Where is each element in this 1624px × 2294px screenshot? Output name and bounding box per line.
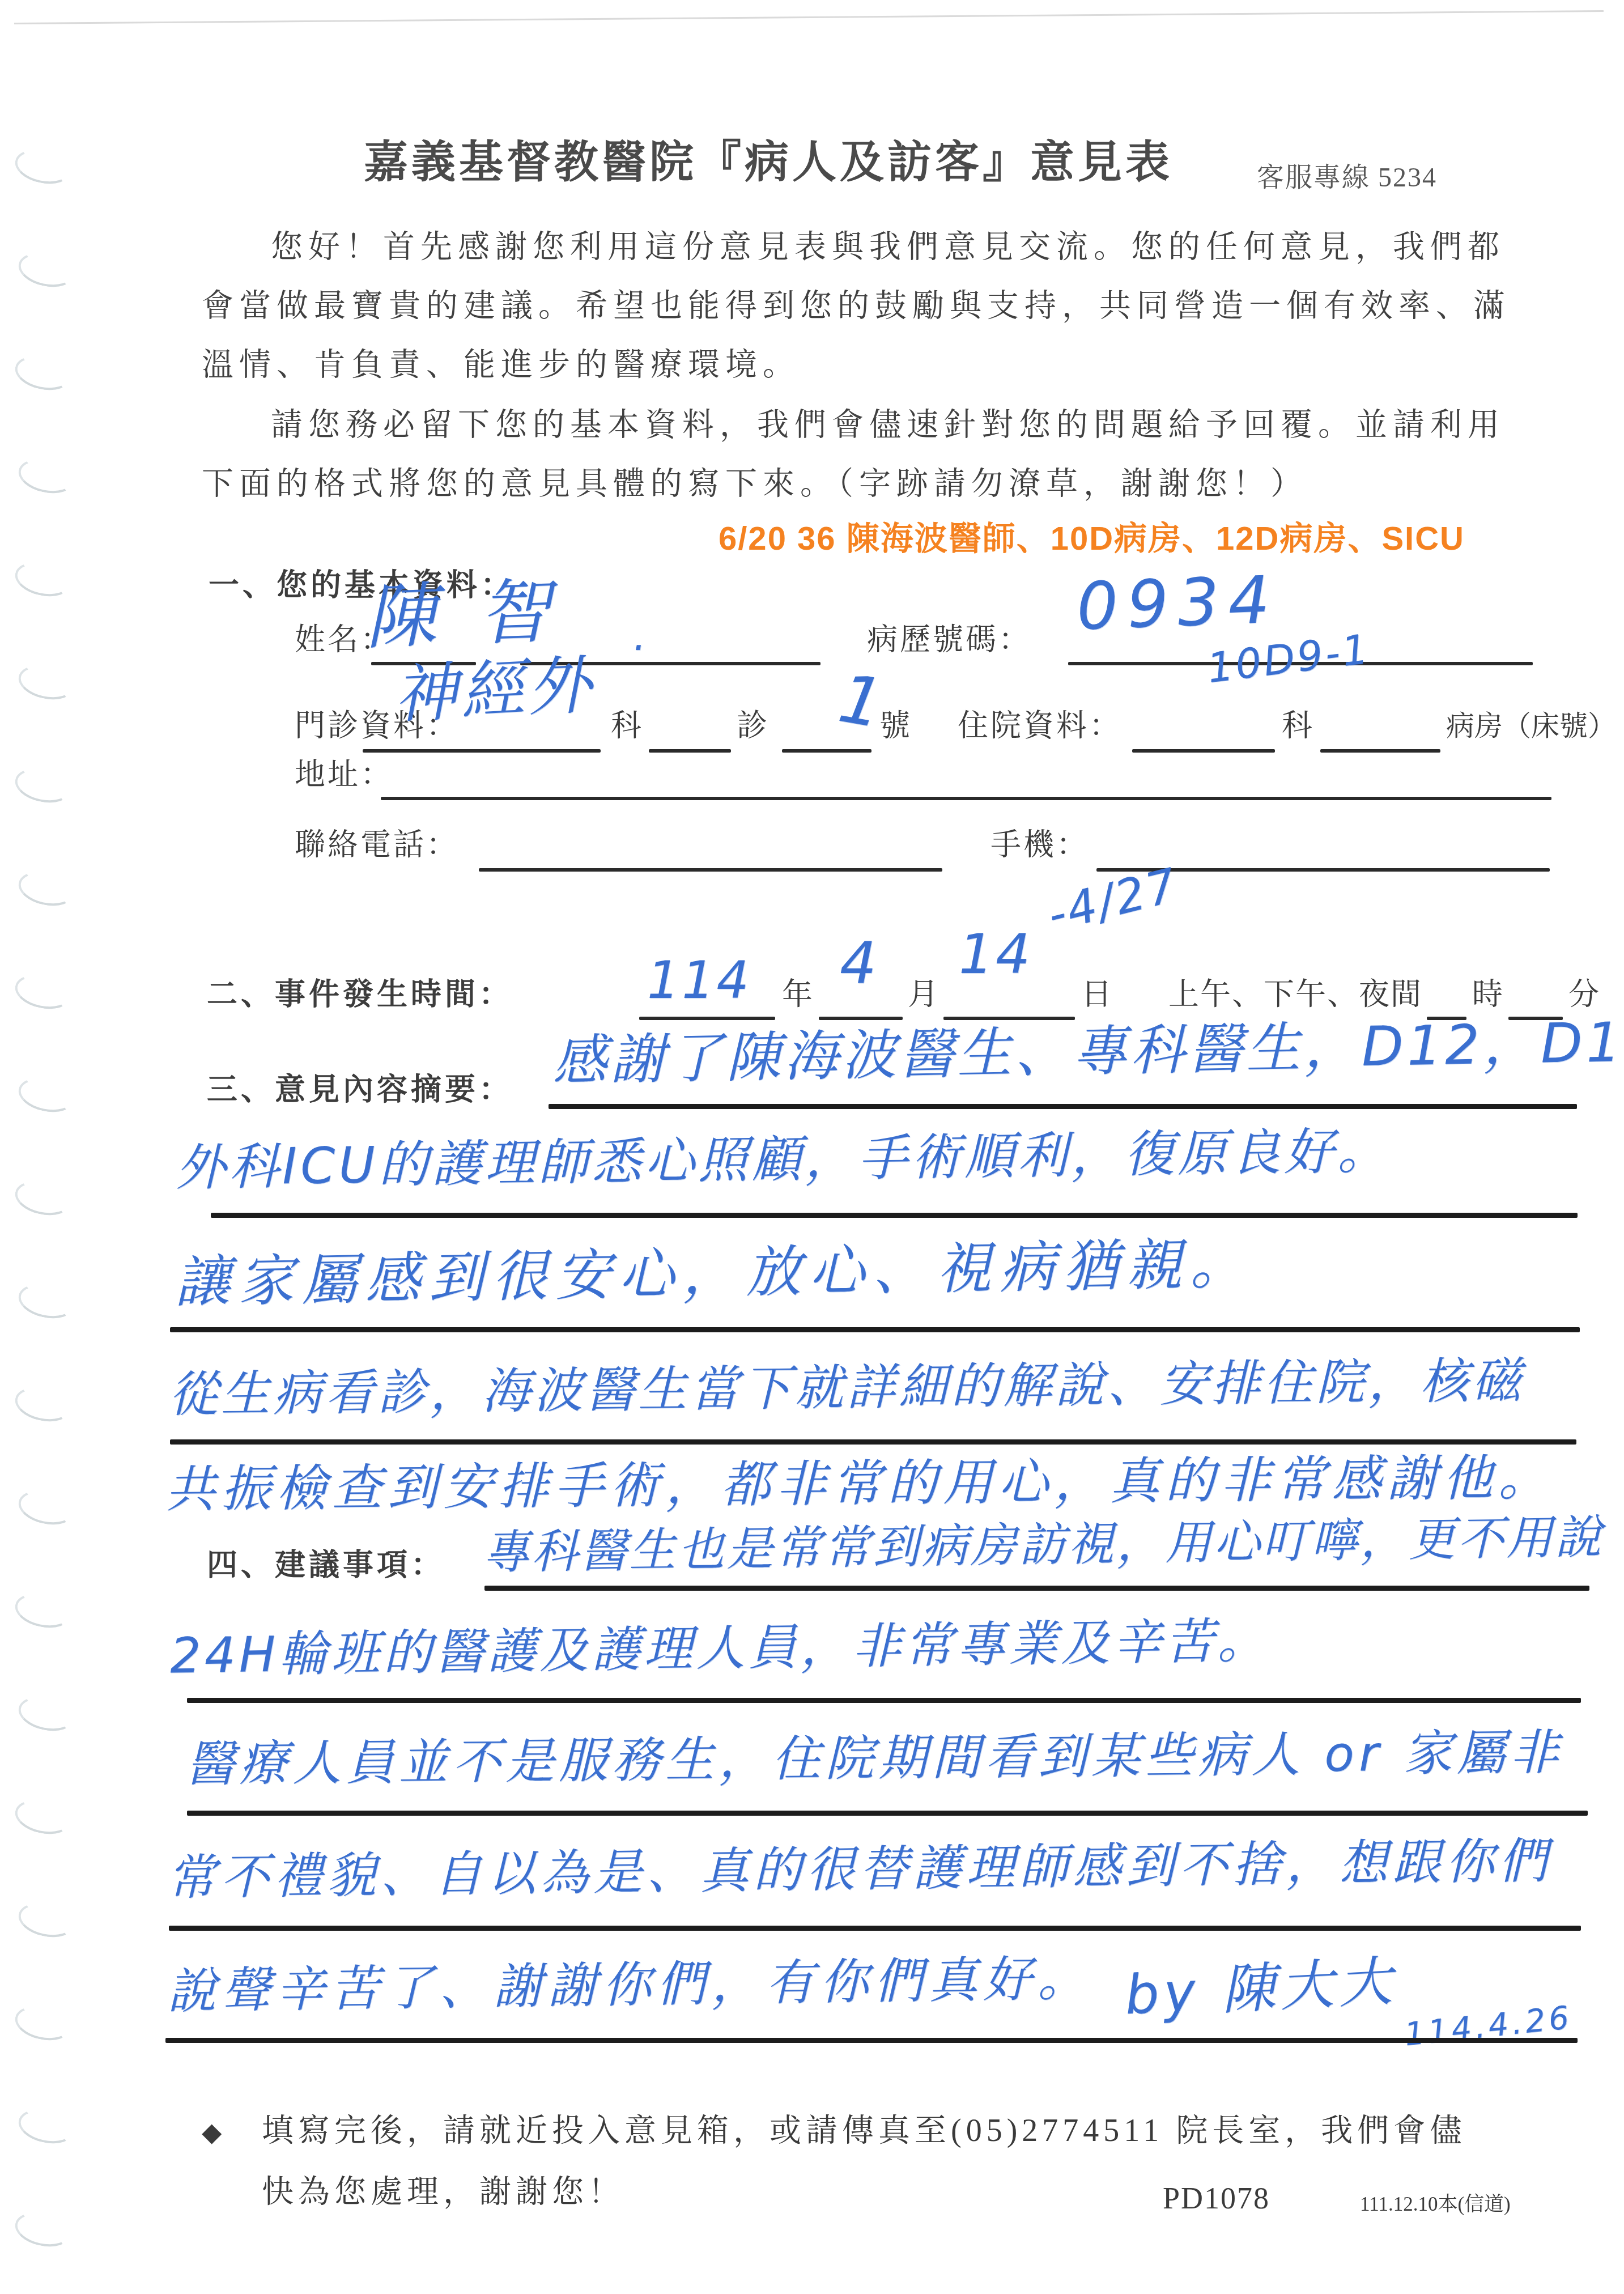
hour-unit: 時 <box>1472 979 1503 1010</box>
binder-arc <box>15 454 78 498</box>
binder-arc <box>15 1692 78 1736</box>
binder-arc <box>15 1485 78 1530</box>
binder-arc <box>12 2001 74 2045</box>
diamond-bullet-icon: ◆ <box>202 2119 222 2146</box>
dept-unit-2: 科 <box>1282 711 1312 741</box>
binder-arc <box>15 1279 78 1323</box>
mobile-label: 手機： <box>990 830 1089 860</box>
opinion-line-5: 共振檢查到安排手術，都非常的用心，真的非常感謝他。 <box>165 1452 1554 1514</box>
binder-arc <box>12 1176 74 1220</box>
day-blank <box>943 1017 1075 1020</box>
service-hotline: 客服專線 5234 <box>1257 164 1437 192</box>
ward-unit: 病房（床號） <box>1446 712 1616 740</box>
binder-arc <box>15 1073 78 1117</box>
opinion-line-3: 讓家屬感到很安心，放心、視病猶親。 <box>174 1236 1253 1310</box>
intro-line-2: 會當做最寶貴的建議。希望也能得到您的鼓勵與支持，共同營造一個有效率、滿 <box>202 290 1511 322</box>
binder-arc <box>15 2104 78 2148</box>
ward-blank <box>1320 749 1440 753</box>
binder-arc <box>12 1795 74 1839</box>
intro-line-5: 下面的格式將您的意見具體的寫下來。（字跡請勿潦草，謝謝您！） <box>202 468 1308 500</box>
footer-line-2: 快為您處理，謝謝您！ <box>262 2176 624 2208</box>
binder-arc <box>12 2207 74 2251</box>
intro-line-3: 溫情、肯負責、能進步的醫療環境。 <box>202 349 800 381</box>
binder-arc <box>12 970 74 1014</box>
binder-arc <box>15 660 78 704</box>
form-edition: 111.12.10本(信道) <box>1360 2194 1511 2214</box>
suggestion-line-3: 醫療人員並不是服務生，住院期間看到某些病人 or 家屬非 <box>186 1728 1563 1789</box>
ruled-line <box>549 1104 1577 1109</box>
opinion-line-1: 感謝了陳海波醫生、專科醫生，D12，D10、 <box>552 1013 1624 1088</box>
binder-arc <box>15 866 78 911</box>
signature-date-handwriting: 114.4.26 <box>1403 2002 1574 2051</box>
suggestion-line-4: 常不禮貌、自以為是、真的很替護理師感到不捨，想跟你們 <box>167 1837 1553 1902</box>
scanned-feedback-form: 嘉義基督教醫院『病人及訪客』意見表 客服專線 5234 您好！首先感謝您利用這份… <box>0 0 1624 2294</box>
dept-unit: 科 <box>611 711 641 741</box>
phone-label: 聯絡電話： <box>295 830 459 860</box>
clinic-unit: 診 <box>737 711 767 741</box>
ruled-line <box>187 1811 1588 1816</box>
day-extra-handwriting: -4/27 <box>1044 862 1184 939</box>
minute-unit: 分 <box>1568 979 1599 1010</box>
address-blank-line <box>381 797 1551 800</box>
ruled-line <box>165 2038 1578 2043</box>
clinic-no-blank <box>782 749 871 753</box>
section3-heading: 三、意見內容摘要： <box>207 1074 513 1105</box>
chart-number-label: 病歷號碼： <box>867 625 1031 655</box>
binder-arc <box>12 1382 74 1426</box>
ruled-line <box>484 1586 1589 1591</box>
name-ink-dot: . <box>634 617 646 656</box>
year-unit: 年 <box>782 979 813 1010</box>
ruled-line <box>169 1926 1581 1931</box>
form-code: PD1078 <box>1163 2183 1270 2214</box>
name-handwriting: 陳 智 <box>364 576 562 653</box>
signature-handwriting: by 陳大大 <box>1124 1955 1398 2023</box>
ruled-line <box>211 1213 1578 1218</box>
staff-annotation: 6/20 36 陳海波醫師、10D病房、12D病房、SICU <box>719 522 1465 555</box>
month-handwriting: 4 <box>840 935 877 993</box>
month-blank <box>819 1017 903 1020</box>
no-unit: 號 <box>879 711 910 741</box>
ruled-line <box>170 1439 1576 1445</box>
ruled-line <box>187 1698 1581 1703</box>
inpatient-label: 住院資料： <box>958 711 1122 741</box>
outpatient-dept-handwriting: 神經外 <box>392 653 596 727</box>
footer-line-1: 填寫完後，請就近投入意見箱，或請傳真至(05)2774511 院長室，我們會儘 <box>262 2115 1466 2147</box>
binder-arc <box>12 145 74 189</box>
outpatient-dept-blank <box>363 749 601 753</box>
form-title: 嘉義基督教醫院『病人及訪客』意見表 <box>364 141 1173 185</box>
intro-line-1: 您好！首先感謝您利用這份意見表與我們意見交流。您的任何意見，我們都 <box>271 231 1505 263</box>
chart-number-handwriting: 0934 <box>1075 568 1279 640</box>
binder-arc <box>12 763 74 808</box>
day-handwriting: 14 <box>959 927 1032 982</box>
phone-blank-line <box>479 868 942 872</box>
suggestion-line-2: 24H輪班的醫護及護理人員，非常專業及辛苦。 <box>169 1616 1269 1680</box>
intro-line-4: 請您務必留下您的基本資料，我們會儘速針對您的問題給予回覆。並請利用 <box>271 409 1505 441</box>
section2-heading: 二、事件發生時間： <box>207 979 513 1010</box>
suggestion-line-1: 專科醫生也是常常到病房訪視，用心叮嚀，更不用說 <box>483 1514 1604 1577</box>
day-unit: 日 <box>1081 979 1112 1010</box>
binder-arc <box>12 557 74 601</box>
binder-arc <box>12 351 74 395</box>
year-blank <box>639 1017 775 1020</box>
scan-edge-line <box>14 10 1604 24</box>
address-label: 地址： <box>295 759 393 790</box>
section4-heading: 四、建議事項： <box>207 1550 445 1581</box>
ruled-line <box>170 1327 1580 1332</box>
period-label: 上午、下午、夜間 <box>1168 979 1422 1010</box>
binder-arc <box>15 248 78 292</box>
year-handwriting: 114 <box>647 955 751 1006</box>
opinion-line-4: 從生病看診，海波醫生當下就詳細的解說、安排住院，核磁 <box>169 1356 1525 1419</box>
binder-arc <box>12 1588 74 1633</box>
month-unit: 月 <box>908 979 938 1010</box>
clinic-blank <box>649 749 731 753</box>
opinion-line-2: 外科ICU的護理師悉心照顧，手術順利，復原良好。 <box>175 1126 1391 1193</box>
suggestion-line-5: 說聲辛苦了、謝謝你們，有你們真好。 <box>167 1955 1092 2016</box>
inpatient-dept-blank <box>1132 749 1275 753</box>
binder-arc <box>15 1898 78 1942</box>
